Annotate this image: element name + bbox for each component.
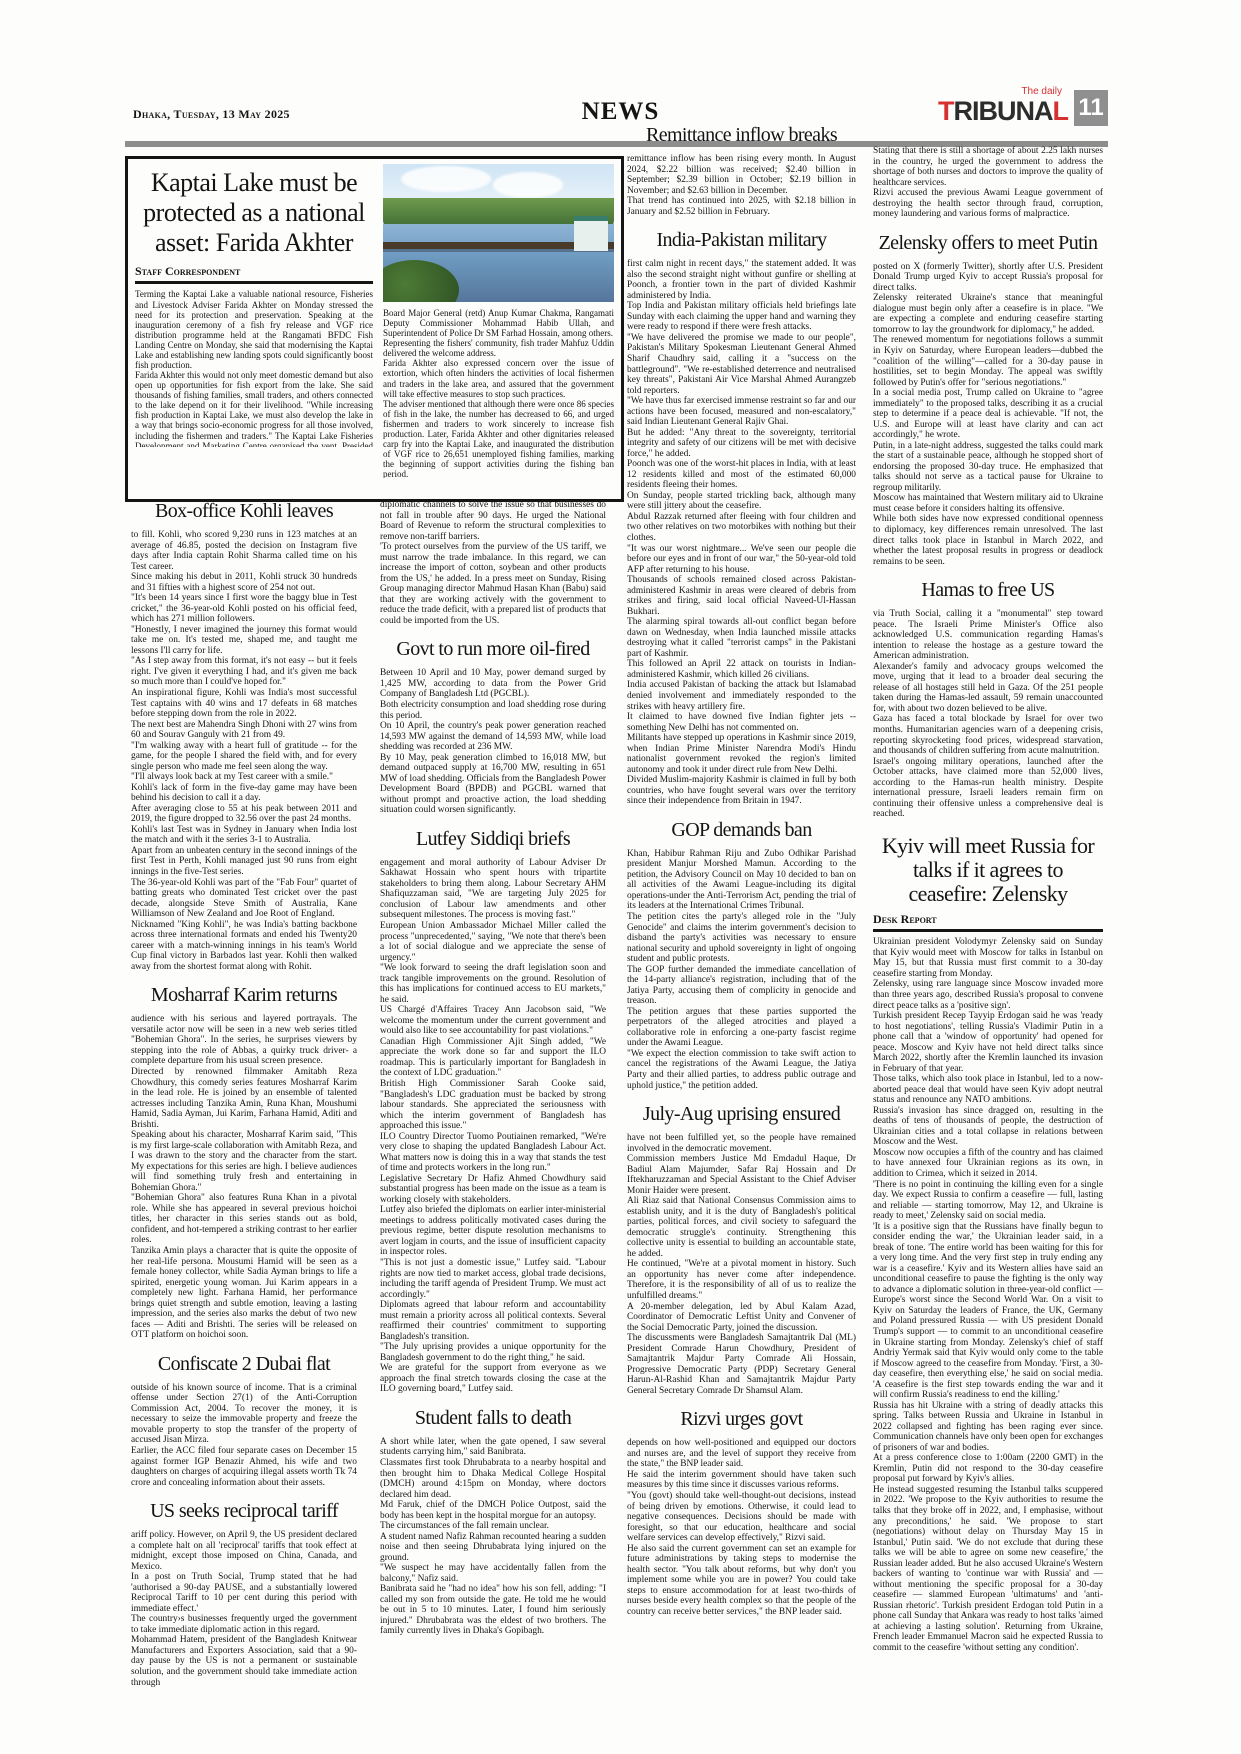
- tariff-continuation-body: diplomatic channels to solve the issue s…: [380, 500, 606, 626]
- brand-logo: The daily TRIBUNAL 11: [930, 88, 1108, 130]
- indiapak-headline: India-Pakistan military: [627, 229, 856, 251]
- rizvi-body: depends on how well-positioned and equip…: [627, 1438, 856, 1617]
- lead-story-box: Kaptai Lake must be protected as a natio…: [125, 156, 624, 502]
- kyiv-body: Ukrainian president Volodymyr Zelensky s…: [873, 937, 1103, 1653]
- article-student: Student falls to death A short while lat…: [380, 1407, 606, 1637]
- gop-headline: GOP demands ban: [627, 819, 856, 841]
- kaptai-lake-photo: [383, 164, 614, 302]
- hamas-headline: Hamas to free US: [873, 579, 1103, 601]
- confiscate-headline: Confiscate 2 Dubai flat: [131, 1353, 357, 1375]
- zelensky-body: posted on X (formerly Twitter), shortly …: [873, 262, 1103, 567]
- photo-cloud: [401, 166, 491, 192]
- rizvi-headline: Rizvi urges govt: [627, 1408, 856, 1430]
- article-oil-fired: Govt to run more oil-fired Between 10 Ap…: [380, 638, 606, 815]
- kohli-body: to fill. Kohli, who scored 9,230 runs in…: [131, 530, 357, 972]
- article-zelensky: Zelensky offers to meet Putin posted on …: [873, 232, 1103, 567]
- article-julyaug: July-Aug uprising ensured have not been …: [627, 1103, 856, 1396]
- remittance-headline: Remittance inflow breaks: [627, 124, 856, 146]
- article-indiapak: India-Pakistan military first calm night…: [627, 229, 856, 807]
- column-a: Box-office Kohli leaves to fill. Kohli, …: [131, 500, 357, 1688]
- brand-name: TRIBUNAL: [938, 96, 1068, 127]
- newspaper-page: Dhaka, Tuesday, 13 May 2025 NEWS The dai…: [0, 0, 1241, 1754]
- tariff-body: ariff policy. However, on April 9, the U…: [131, 1530, 357, 1688]
- article-hamas: Hamas to free US via Truth Social, calli…: [873, 579, 1103, 820]
- article-rizvi: Rizvi urges govt depends on how well-pos…: [627, 1408, 856, 1617]
- lutfey-body: engagement and moral authority of Labour…: [380, 858, 606, 1395]
- remittance-body: remittance inflow has been rising every …: [627, 154, 856, 217]
- lead-body-right: Board Major General (retd) Anup Kumar Ch…: [383, 308, 614, 478]
- mosharraf-body: audience with his serious and layered po…: [131, 1014, 357, 1340]
- tariff-headline: US seeks reciprocal tariff: [131, 1500, 357, 1522]
- lead-headline: Kaptai Lake must be protected as a natio…: [135, 168, 373, 258]
- brand-letters-mid: RIBUNA: [954, 96, 1053, 126]
- article-mosharraf: Mosharraf Karim returns audience with hi…: [131, 984, 357, 1340]
- confiscate-body: outside of his known source of income. T…: [131, 1383, 357, 1488]
- lead-story-right: Board Major General (retd) Anup Kumar Ch…: [383, 164, 614, 494]
- article-kyiv: Kyiv will meet Russia for talks if it ag…: [873, 834, 1103, 1654]
- article-rizvi-continuation: Stating that there is still a shortage o…: [873, 146, 1103, 220]
- column-b: diplomatic channels to solve the issue s…: [380, 500, 606, 1637]
- article-confiscate: Confiscate 2 Dubai flat outside of his k…: [131, 1353, 357, 1488]
- lead-byline: Staff Correspondent: [135, 264, 373, 284]
- julyaug-headline: July-Aug uprising ensured: [627, 1103, 856, 1125]
- student-body: A short while later, when the gate opene…: [380, 1437, 606, 1637]
- page-number-badge: 11: [1074, 90, 1108, 126]
- article-lutfey: Lutfey Siddiqi briefs engagement and mor…: [380, 828, 606, 1395]
- oil-headline: Govt to run more oil-fired: [380, 638, 606, 660]
- kyiv-byline: Desk Report: [873, 912, 1103, 932]
- zelensky-headline: Zelensky offers to meet Putin: [873, 232, 1103, 254]
- article-remittance: Remittance inflow breaks remittance infl…: [627, 124, 856, 217]
- lutfey-headline: Lutfey Siddiqi briefs: [380, 828, 606, 850]
- photo-cloud: [493, 172, 563, 198]
- lead-story-left: Kaptai Lake must be protected as a natio…: [135, 164, 373, 494]
- hamas-body: via Truth Social, calling it a "monument…: [873, 609, 1103, 820]
- julyaug-body: have not been fulfilled yet, so the peop…: [627, 1133, 856, 1396]
- kyiv-headline: Kyiv will meet Russia for talks if it ag…: [873, 834, 1103, 907]
- mosharraf-headline: Mosharraf Karim returns: [131, 984, 357, 1006]
- article-gop: GOP demands ban Khan, Habibur Rahman Rij…: [627, 819, 856, 1091]
- column-d: Stating that there is still a shortage o…: [873, 146, 1103, 1653]
- oil-body: Between 10 April and 10 May, power deman…: [380, 668, 606, 815]
- student-headline: Student falls to death: [380, 1407, 606, 1429]
- photo-pavilion: [574, 216, 608, 251]
- brand-letter-l: L: [1053, 96, 1069, 126]
- brand-letter-t: T: [938, 96, 954, 126]
- article-tariff: US seeks reciprocal tariff ariff policy.…: [131, 1500, 357, 1688]
- article-kohli: Box-office Kohli leaves to fill. Kohli, …: [131, 500, 357, 972]
- article-tariff-continuation: diplomatic channels to solve the issue s…: [380, 500, 606, 626]
- rizvi-continuation-body: Stating that there is still a shortage o…: [873, 146, 1103, 220]
- gop-body: Khan, Habibur Rahman Riju and Zubo Odhik…: [627, 849, 856, 1091]
- indiapak-body: first calm night in recent days," the st…: [627, 259, 856, 807]
- kohli-headline: Box-office Kohli leaves: [131, 500, 357, 522]
- column-c: Remittance inflow breaks remittance infl…: [627, 124, 856, 1617]
- lead-body-left: Terming the Kaptai Lake a valuable natio…: [135, 289, 373, 447]
